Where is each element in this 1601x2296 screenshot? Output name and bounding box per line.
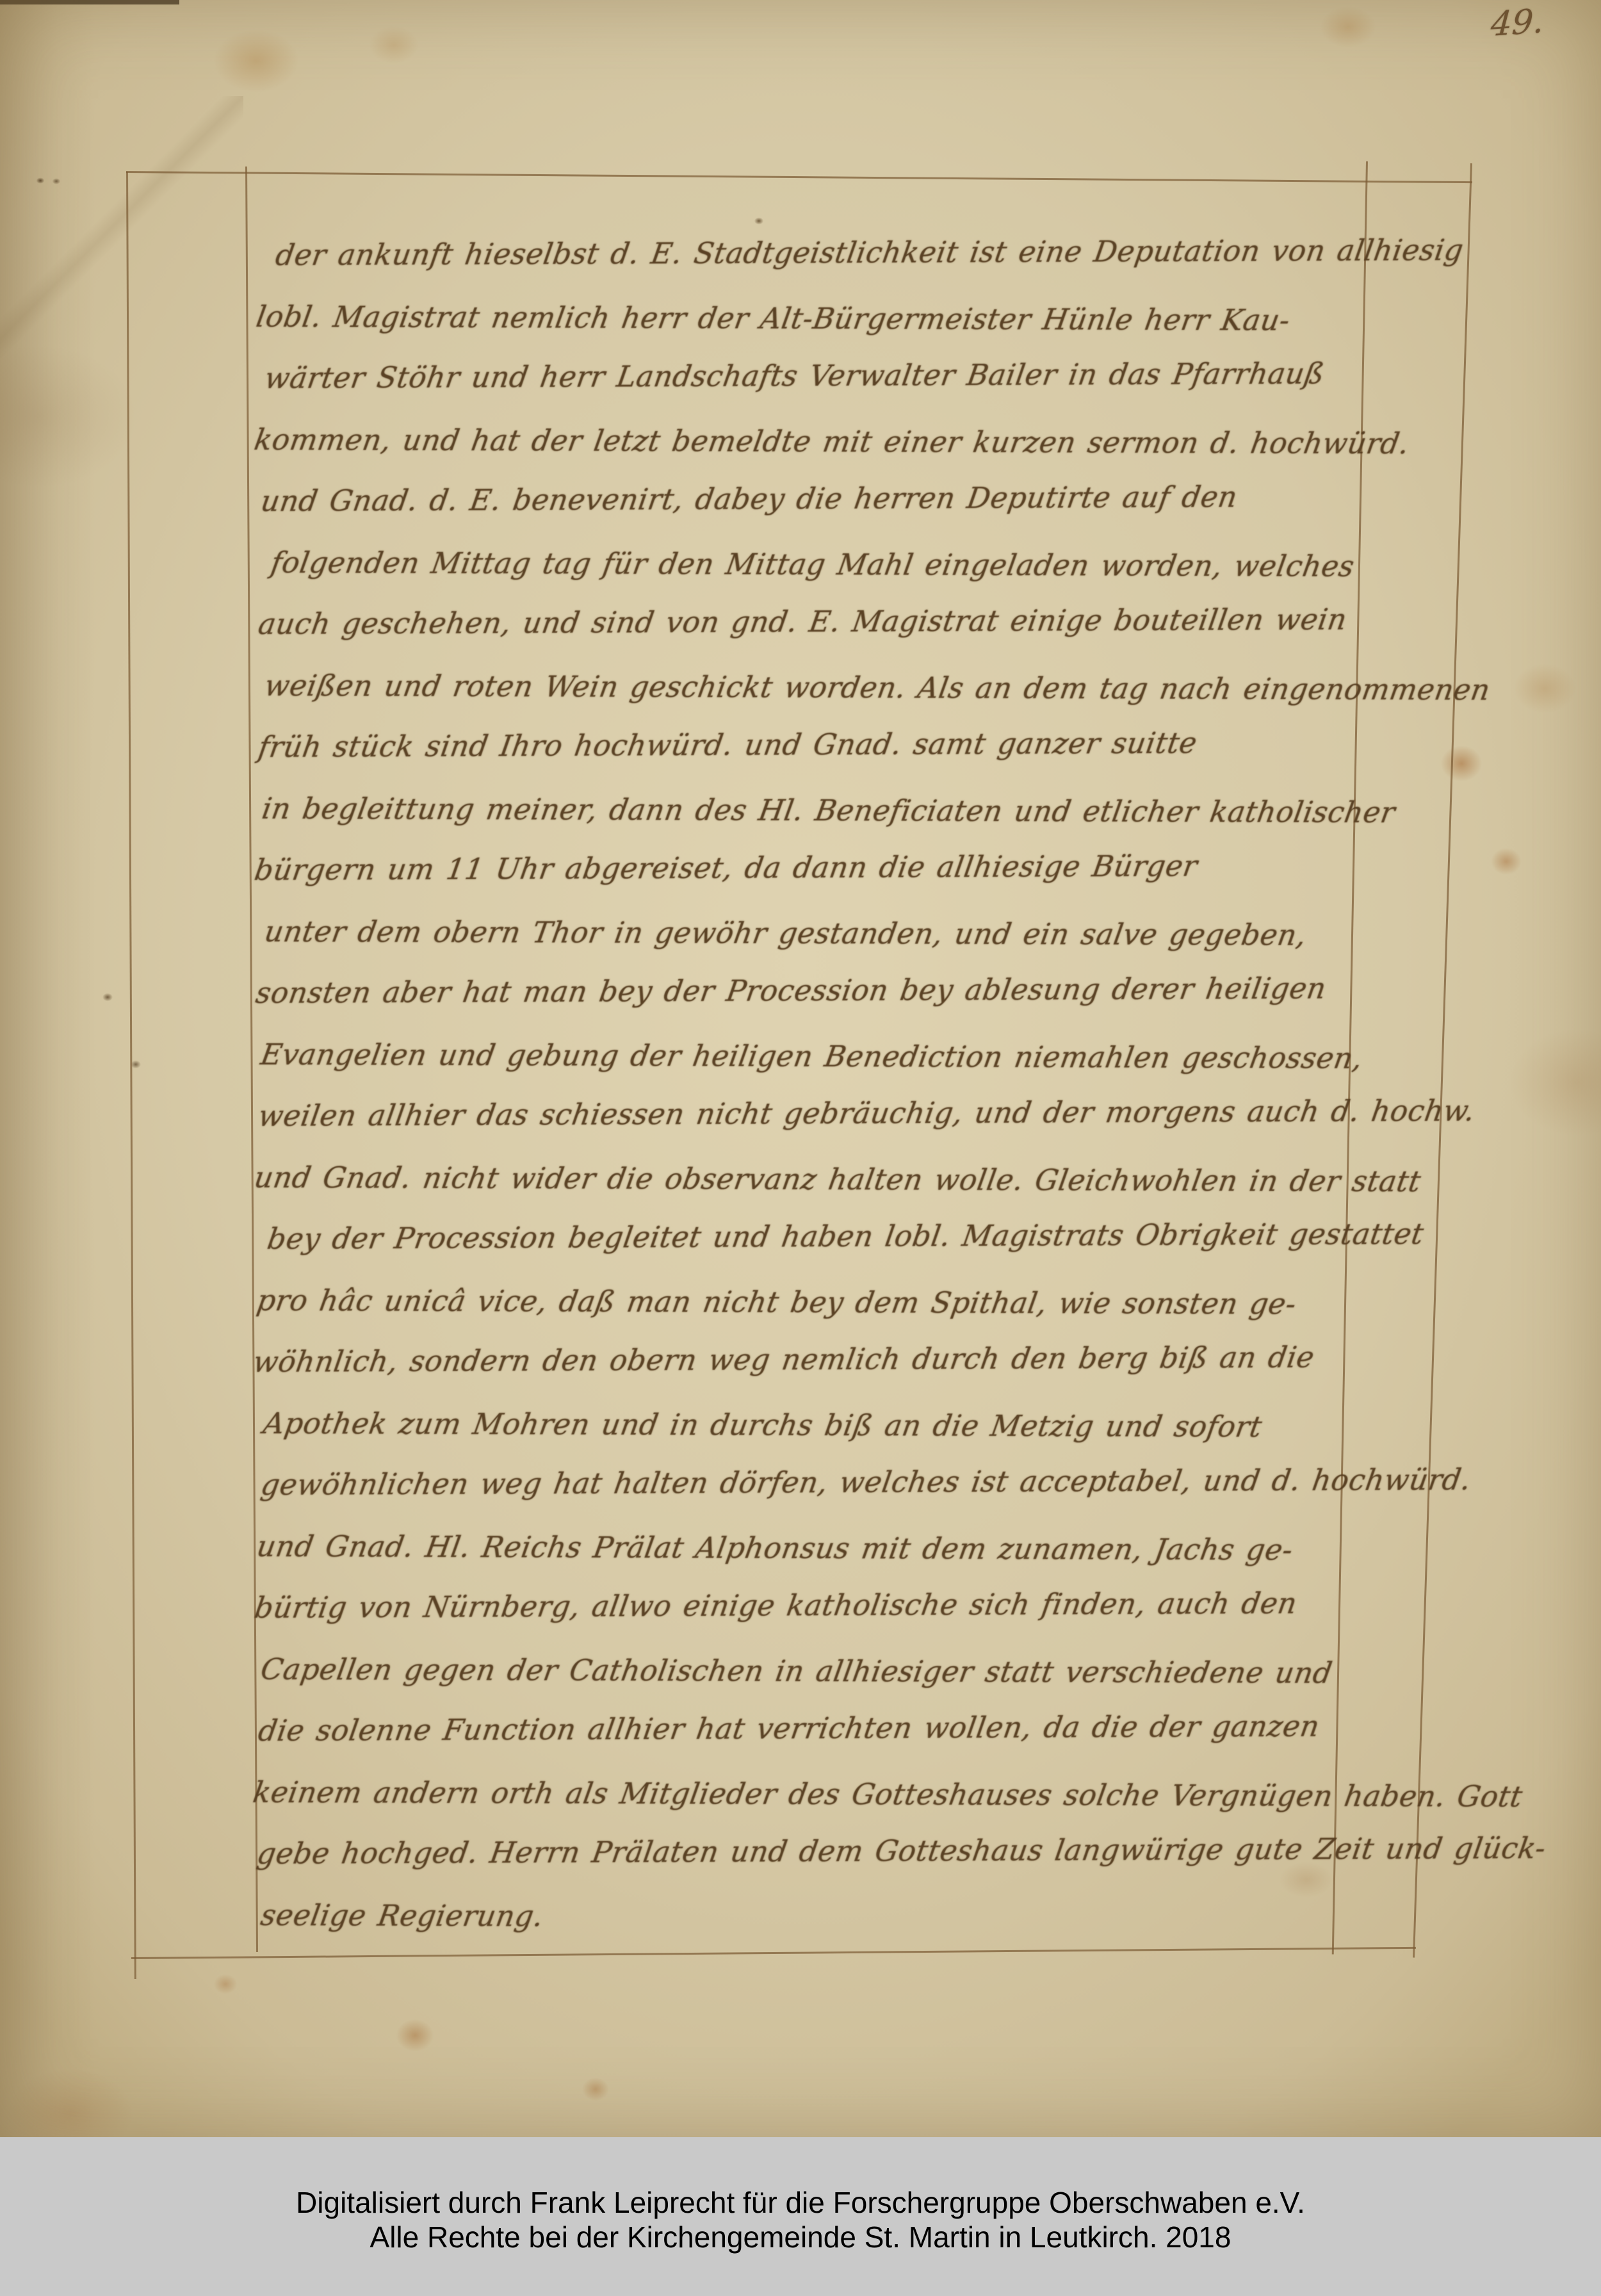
manuscript-line: weißen und roten Wein geschickt worden. … [262, 669, 1492, 707]
manuscript-line: pro hâc unicâ vice, daß man nicht bey de… [254, 1283, 1299, 1321]
manuscript-line: und Gnad. nicht wider die observanz halt… [252, 1160, 1423, 1198]
caption-line-2: Alle Rechte bei der Kirchengemeinde St. … [370, 2220, 1231, 2254]
paper-crease [0, 96, 243, 365]
manuscript-line: in begleittung meiner, dann des Hl. Bene… [259, 792, 1397, 829]
manuscript-line: auch geschehen, und sind von gnd. E. Mag… [256, 603, 1349, 641]
manuscript-line: gebe hochged. Herrn Prälaten und dem Got… [255, 1831, 1548, 1871]
manuscript-line: früh stück sind Ihro hochwürd. und Gnad.… [256, 726, 1199, 764]
manuscript-line: seelige Regierung. [258, 1898, 546, 1934]
manuscript-line: wärter Stöhr und herr Landschafts Verwal… [263, 357, 1327, 395]
manuscript-line: der ankunft hieselbst d. E. Stadtgeistli… [273, 233, 1466, 272]
manuscript-line: unter dem obern Thor in gewöhr gestanden… [262, 915, 1308, 952]
page-number: 49. [1490, 2, 1545, 44]
manuscript-line: bey der Procession begleitet und haben l… [265, 1217, 1426, 1256]
manuscript-line: und Gnad. Hl. Reichs Prälat Alphonsus mi… [254, 1529, 1295, 1567]
manuscript-line: und Gnad. d. E. benevenirt, dabey die he… [259, 480, 1240, 518]
manuscript-line: lobl. Magistrat nemlich herr der Alt-Bür… [254, 300, 1292, 338]
manuscript-line: wöhnlich, sondern den obern weg nemlich … [251, 1340, 1317, 1379]
manuscript-line: bürgern um 11 Uhr abgereiset, da dann di… [252, 849, 1200, 887]
caption-line-1: Digitalisiert durch Frank Leiprecht für … [296, 2185, 1305, 2220]
manuscript-line: Evangelien und gebung der heiligen Bened… [258, 1038, 1365, 1075]
manuscript-line: bürtig von Nürnberg, allwo einige kathol… [252, 1586, 1299, 1625]
manuscript-line: Capellen gegen der Catholischen in allhi… [258, 1652, 1335, 1690]
manuscript-line: kommen, und hat der letzt bemeldte mit e… [252, 423, 1411, 460]
digitisation-caption-band: Digitalisiert durch Frank Leiprecht für … [0, 2137, 1601, 2296]
manuscript-line: Apothek zum Mohren und in durchs biß an … [261, 1406, 1264, 1444]
scanned-manuscript-screenshot: 49. der ankunft hieselbst d. E. Stadtgei… [0, 0, 1601, 2296]
manuscript-line: folgenden Mittag tag für den Mittag Mahl… [268, 546, 1356, 583]
manuscript-line: gewöhnlichen weg hat halten dörfen, welc… [259, 1463, 1474, 1502]
manuscript-line: sonsten aber hat man bey der Procession … [254, 972, 1329, 1010]
manuscript-line: weilen allhier das schiessen nicht gebrä… [256, 1094, 1477, 1133]
manuscript-line: die solenne Function allhier hat verrich… [256, 1709, 1322, 1748]
manuscript-text-block: der ankunft hieselbst d. E. Stadtgeistli… [256, 0, 1370, 2137]
manuscript-line: keinem andern orth als Mitglieder des Go… [250, 1775, 1525, 1814]
